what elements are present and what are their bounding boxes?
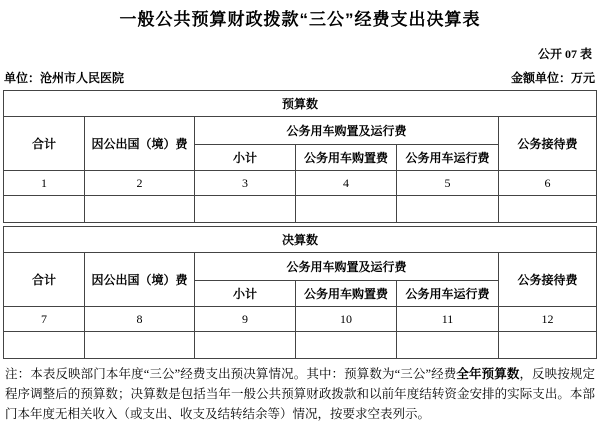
- value-cell: [296, 196, 397, 223]
- column-number: 9: [195, 307, 296, 332]
- column-number: 4: [296, 171, 397, 196]
- value-cell: [499, 196, 597, 223]
- header-reception-fee: 公务接待费: [499, 253, 597, 307]
- column-number: 6: [499, 171, 597, 196]
- footnote-bold-text: 全年预算数: [456, 367, 519, 381]
- value-cell: [85, 196, 195, 223]
- column-number: 7: [4, 307, 85, 332]
- header-vehicle-purchase: 公务用车购置费: [296, 145, 397, 171]
- final-section-title: 决算数: [4, 227, 597, 253]
- column-number: 11: [397, 307, 499, 332]
- budget-table: 预算数 合计 因公出国（境）费 公务用车购置及运行费 公务接待费 小计 公务用车…: [3, 90, 597, 223]
- unit-row: 单位：沧州市人民医院 金额单位：万元: [0, 62, 600, 90]
- header-vehicle-purchase: 公务用车购置费: [296, 281, 397, 307]
- form-code-label: 公开 07 表: [0, 30, 600, 62]
- value-cell: [296, 332, 397, 359]
- value-cell: [397, 332, 499, 359]
- header-abroad-fee: 因公出国（境）费: [85, 253, 195, 307]
- unit-label: 单位：沧州市人民医院: [4, 69, 124, 86]
- final-accounts-table: 决算数 合计 因公出国（境）费 公务用车购置及运行费 公务接待费 小计 公务用车…: [3, 226, 597, 359]
- header-reception-fee: 公务接待费: [499, 117, 597, 171]
- header-total: 合计: [4, 117, 85, 171]
- header-vehicle-subtotal: 小计: [195, 281, 296, 307]
- value-cell: [195, 196, 296, 223]
- value-cell: [4, 196, 85, 223]
- header-vehicle-group: 公务用车购置及运行费: [195, 253, 499, 281]
- column-number: 12: [499, 307, 597, 332]
- value-cell: [85, 332, 195, 359]
- footnote: 注：本表反映部门本年度“三公”经费支出预决算情况。其中：预算数为“三公”经费全年…: [5, 364, 595, 424]
- footnote-text-1: 注：本表反映部门本年度“三公”经费支出预决算情况。其中：预算数为“三公”经费: [5, 367, 456, 381]
- value-cell: [397, 196, 499, 223]
- column-number: 8: [85, 307, 195, 332]
- column-number: 3: [195, 171, 296, 196]
- page-title: 一般公共预算财政拨款“三公”经费支出决算表: [0, 0, 600, 30]
- column-number: 1: [4, 171, 85, 196]
- budget-section-title: 预算数: [4, 91, 597, 117]
- value-cell: [195, 332, 296, 359]
- header-abroad-fee: 因公出国（境）费: [85, 117, 195, 171]
- value-cell: [4, 332, 85, 359]
- column-number: 10: [296, 307, 397, 332]
- header-vehicle-subtotal: 小计: [195, 145, 296, 171]
- header-vehicle-operation: 公务用车运行费: [397, 145, 499, 171]
- column-number: 2: [85, 171, 195, 196]
- header-vehicle-group: 公务用车购置及运行费: [195, 117, 499, 145]
- header-total: 合计: [4, 253, 85, 307]
- header-vehicle-operation: 公务用车运行费: [397, 281, 499, 307]
- column-number: 5: [397, 171, 499, 196]
- value-cell: [499, 332, 597, 359]
- amount-unit-label: 金额单位：万元: [511, 69, 595, 86]
